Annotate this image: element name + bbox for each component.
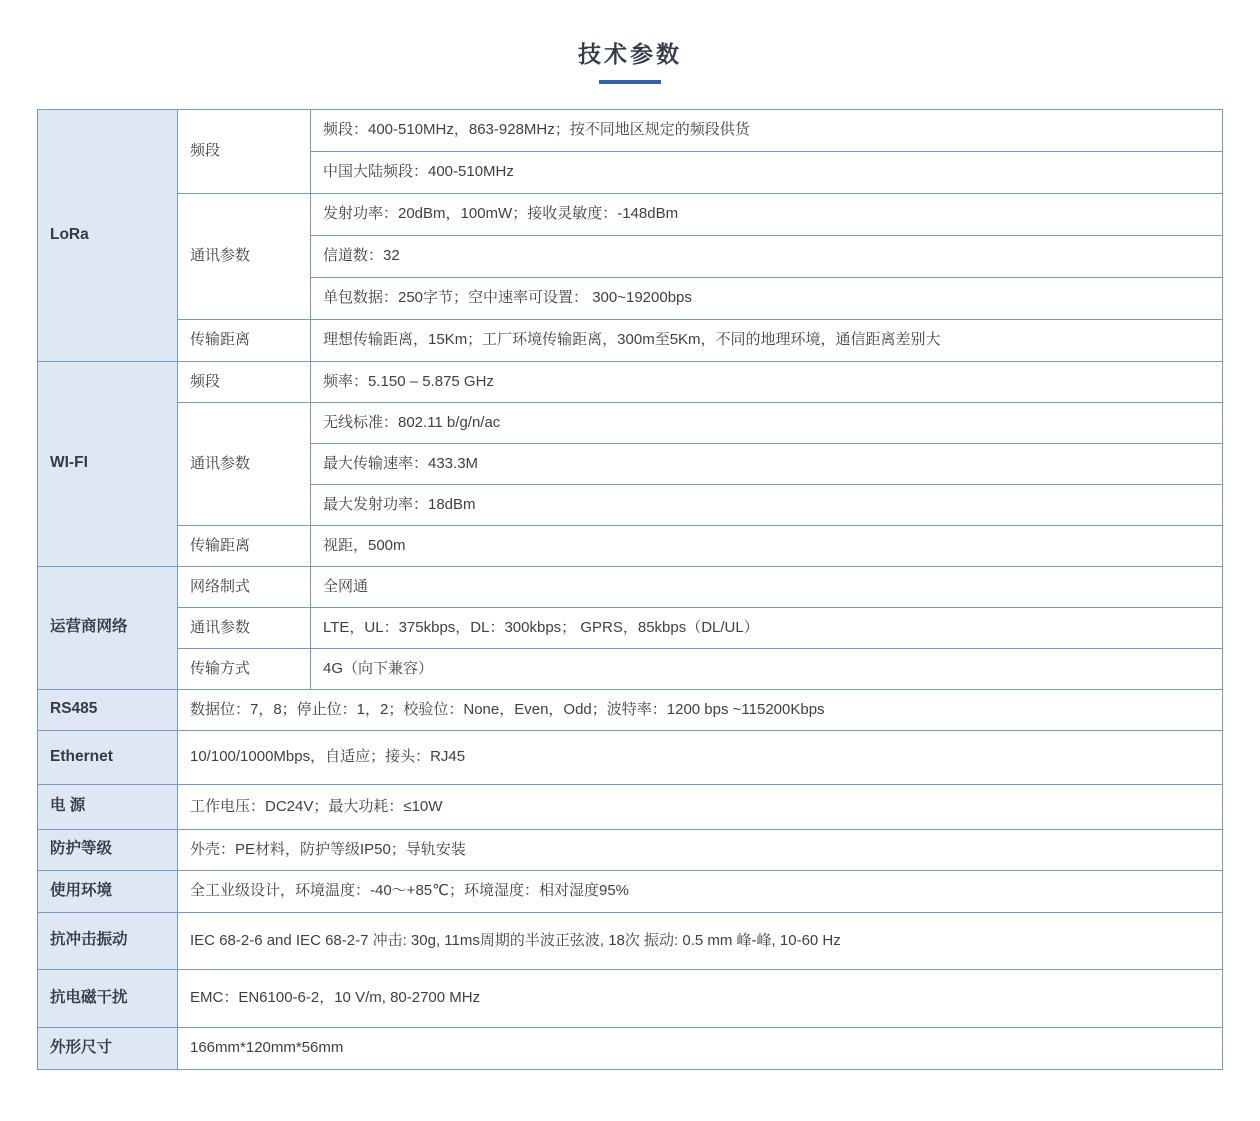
value-cell: LTE，UL：375kbps，DL：300kbps； GPRS，85kbps（D… xyxy=(311,607,1223,648)
group-label-cell: 电 源 xyxy=(38,784,178,829)
value-cell: 视距，500m xyxy=(311,525,1223,566)
group-label-cell: 抗冲击振动 xyxy=(38,912,178,969)
sub-label-cell: 网络制式 xyxy=(178,566,311,607)
table-row: 电 源 工作电压：DC24V；最大功耗：≤10W xyxy=(38,784,1223,829)
table-row: 抗冲击振动 IEC 68-2-6 and IEC 68-2-7 冲击: 30g,… xyxy=(38,912,1223,969)
table-row: 传输方式 4G（向下兼容） xyxy=(38,648,1223,689)
table-row: 外形尺寸 166mm*120mm*56mm xyxy=(38,1027,1223,1069)
page-title: 技术参数 xyxy=(0,40,1260,70)
group-label-cell: 外形尺寸 xyxy=(38,1027,178,1069)
group-label-cell: Ethernet xyxy=(38,730,178,784)
group-label-cell: 防护等级 xyxy=(38,829,178,870)
value-cell: 中国大陆频段：400-510MHz xyxy=(311,151,1223,193)
value-cell: 166mm*120mm*56mm xyxy=(178,1027,1223,1069)
value-cell: 10/100/1000Mbps，自适应；接头：RJ45 xyxy=(178,730,1223,784)
value-cell: 工作电压：DC24V；最大功耗：≤10W xyxy=(178,784,1223,829)
table-row: RS485 数据位：7，8；停止位：1，2；校验位：None，Even，Odd；… xyxy=(38,689,1223,730)
spec-page: 技术参数 LoRa 频段 频段：400-510MHz，863-928MHz；按不… xyxy=(0,0,1260,1121)
table-row: LoRa 频段 频段：400-510MHz，863-928MHz；按不同地区规定… xyxy=(38,109,1223,151)
sub-label-cell: 频段 xyxy=(178,361,311,402)
group-label-cell: LoRa xyxy=(38,109,178,361)
group-label-cell: 运营商网络 xyxy=(38,566,178,689)
value-cell: 全工业级设计，环境温度：-40～+85℃；环境湿度：相对湿度95% xyxy=(178,870,1223,912)
sub-label-cell: 传输距离 xyxy=(178,525,311,566)
sub-label-cell: 频段 xyxy=(178,109,311,193)
value-cell: 4G（向下兼容） xyxy=(311,648,1223,689)
value-cell: 外壳：PE材料，防护等级IP50；导轨安装 xyxy=(178,829,1223,870)
title-underline xyxy=(599,80,661,84)
table-row: 传输距离 理想传输距离，15Km；工厂环境传输距离，300m至5Km，不同的地理… xyxy=(38,319,1223,361)
table-row: 通讯参数 LTE，UL：375kbps，DL：300kbps； GPRS，85k… xyxy=(38,607,1223,648)
table-row: Ethernet 10/100/1000Mbps，自适应；接头：RJ45 xyxy=(38,730,1223,784)
value-cell: 无线标准：802.11 b/g/n/ac xyxy=(311,402,1223,443)
group-label-cell: 使用环境 xyxy=(38,870,178,912)
table-row: 使用环境 全工业级设计，环境温度：-40～+85℃；环境湿度：相对湿度95% xyxy=(38,870,1223,912)
title-section: 技术参数 xyxy=(0,0,1260,84)
value-cell: 频段：400-510MHz，863-928MHz；按不同地区规定的频段供货 xyxy=(311,109,1223,151)
value-cell: 单包数据：250字节；空中速率可设置： 300~19200bps xyxy=(311,277,1223,319)
value-cell: 发射功率：20dBm，100mW；接收灵敏度：-148dBm xyxy=(311,193,1223,235)
sub-label-cell: 通讯参数 xyxy=(178,402,311,525)
table-row: 抗电磁干扰 EMC：EN6100-6-2，10 V/m, 80-2700 MHz xyxy=(38,969,1223,1027)
value-cell: 频率：5.150 – 5.875 GHz xyxy=(311,361,1223,402)
group-label-cell: WI-FI xyxy=(38,361,178,566)
value-cell: IEC 68-2-6 and IEC 68-2-7 冲击: 30g, 11ms周… xyxy=(178,912,1223,969)
table-row: 运营商网络 网络制式 全网通 xyxy=(38,566,1223,607)
table-row: 通讯参数 无线标准：802.11 b/g/n/ac xyxy=(38,402,1223,443)
sub-label-cell: 传输距离 xyxy=(178,319,311,361)
value-cell: 信道数：32 xyxy=(311,235,1223,277)
value-cell: 理想传输距离，15Km；工厂环境传输距离，300m至5Km，不同的地理环境，通信… xyxy=(311,319,1223,361)
value-cell: EMC：EN6100-6-2，10 V/m, 80-2700 MHz xyxy=(178,969,1223,1027)
spec-table: LoRa 频段 频段：400-510MHz，863-928MHz；按不同地区规定… xyxy=(37,109,1223,1070)
table-row: 防护等级 外壳：PE材料，防护等级IP50；导轨安装 xyxy=(38,829,1223,870)
value-cell: 最大传输速率：433.3M xyxy=(311,443,1223,484)
table-row: 通讯参数 发射功率：20dBm，100mW；接收灵敏度：-148dBm xyxy=(38,193,1223,235)
sub-label-cell: 传输方式 xyxy=(178,648,311,689)
sub-label-cell: 通讯参数 xyxy=(178,607,311,648)
table-row: 传输距离 视距，500m xyxy=(38,525,1223,566)
sub-label-cell: 通讯参数 xyxy=(178,193,311,319)
group-label-cell: 抗电磁干扰 xyxy=(38,969,178,1027)
value-cell: 全网通 xyxy=(311,566,1223,607)
group-label-cell: RS485 xyxy=(38,689,178,730)
value-cell: 数据位：7，8；停止位：1，2；校验位：None，Even，Odd；波特率：12… xyxy=(178,689,1223,730)
table-row: WI-FI 频段 频率：5.150 – 5.875 GHz xyxy=(38,361,1223,402)
value-cell: 最大发射功率：18dBm xyxy=(311,484,1223,525)
